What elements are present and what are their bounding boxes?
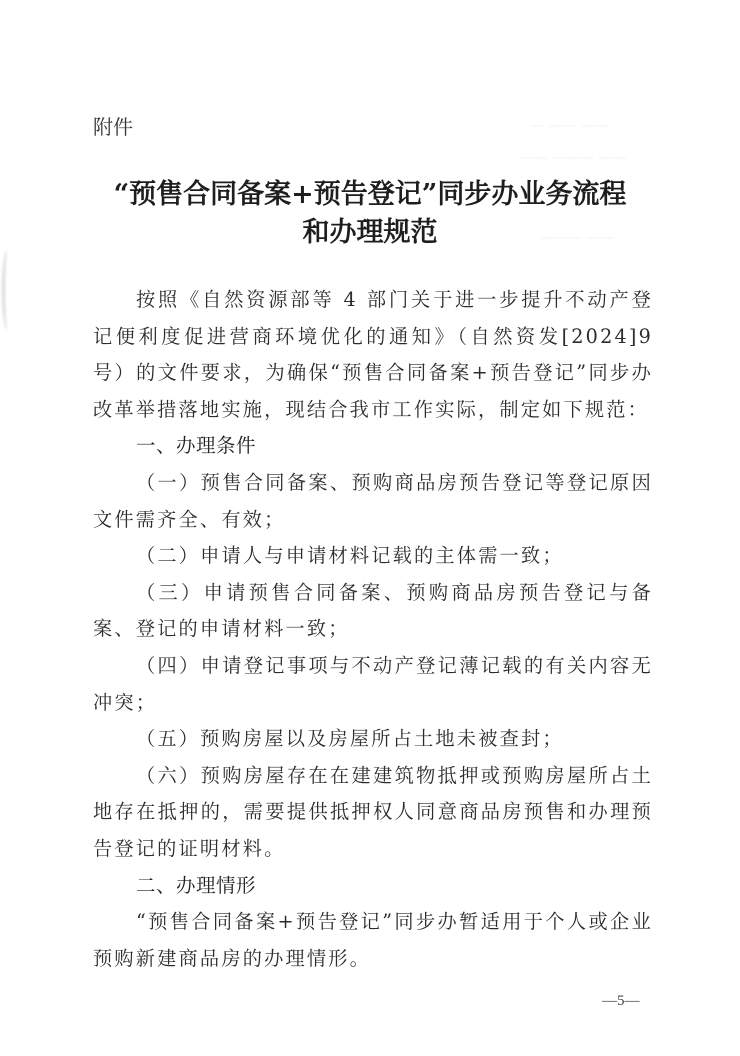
document-title-line-1: “预售合同备案+预告登记”同步办业务流程 [60,172,680,211]
section-heading-scenarios: 二、办理情形 [93,868,653,905]
document-title-line-2: 和办理规范 [60,210,680,249]
bleed-through-text: — —— —— [530,118,609,134]
condition-item-5: （五）预购房屋以及房屋所占土地未被查封； [93,721,653,758]
attachment-label: 附件 [93,111,133,140]
scenario-item-1: “预售合同备案+预告登记”同步办暂适用于个人或企业预购新建商品房的办理情形。 [93,904,653,977]
intro-paragraph: 按照《自然资源部等 4 部门关于进一步提升不动产登记便利度促进营商环境优化的通知… [93,282,653,428]
scan-edge-shadow [2,250,13,330]
condition-item-3: （三）申请预售合同备案、预购商品房预告登记与备案、登记的申请材料一致； [93,575,653,648]
condition-item-4: （四）申请登记事项与不动产登记薄记载的有关内容无冲突； [93,648,653,721]
bleed-through-text: —— ——— —— [520,150,627,166]
document-body: 按照《自然资源部等 4 部门关于进一步提升不动产登记便利度促进营商环境优化的通知… [93,282,653,977]
page-number: —5— [602,993,640,1010]
condition-item-6: （六）预购房屋存在在建建筑物抵押或预购房屋所占土地存在抵押的，需要提供抵押权人同… [93,758,653,868]
condition-item-1: （一）预售合同备案、预购商品房预告登记等登记原因文件需齐全、有效； [93,465,653,538]
section-heading-conditions: 一、办理条件 [93,428,653,465]
condition-item-2: （二）申请人与申请材料记载的主体需一致； [93,538,653,575]
